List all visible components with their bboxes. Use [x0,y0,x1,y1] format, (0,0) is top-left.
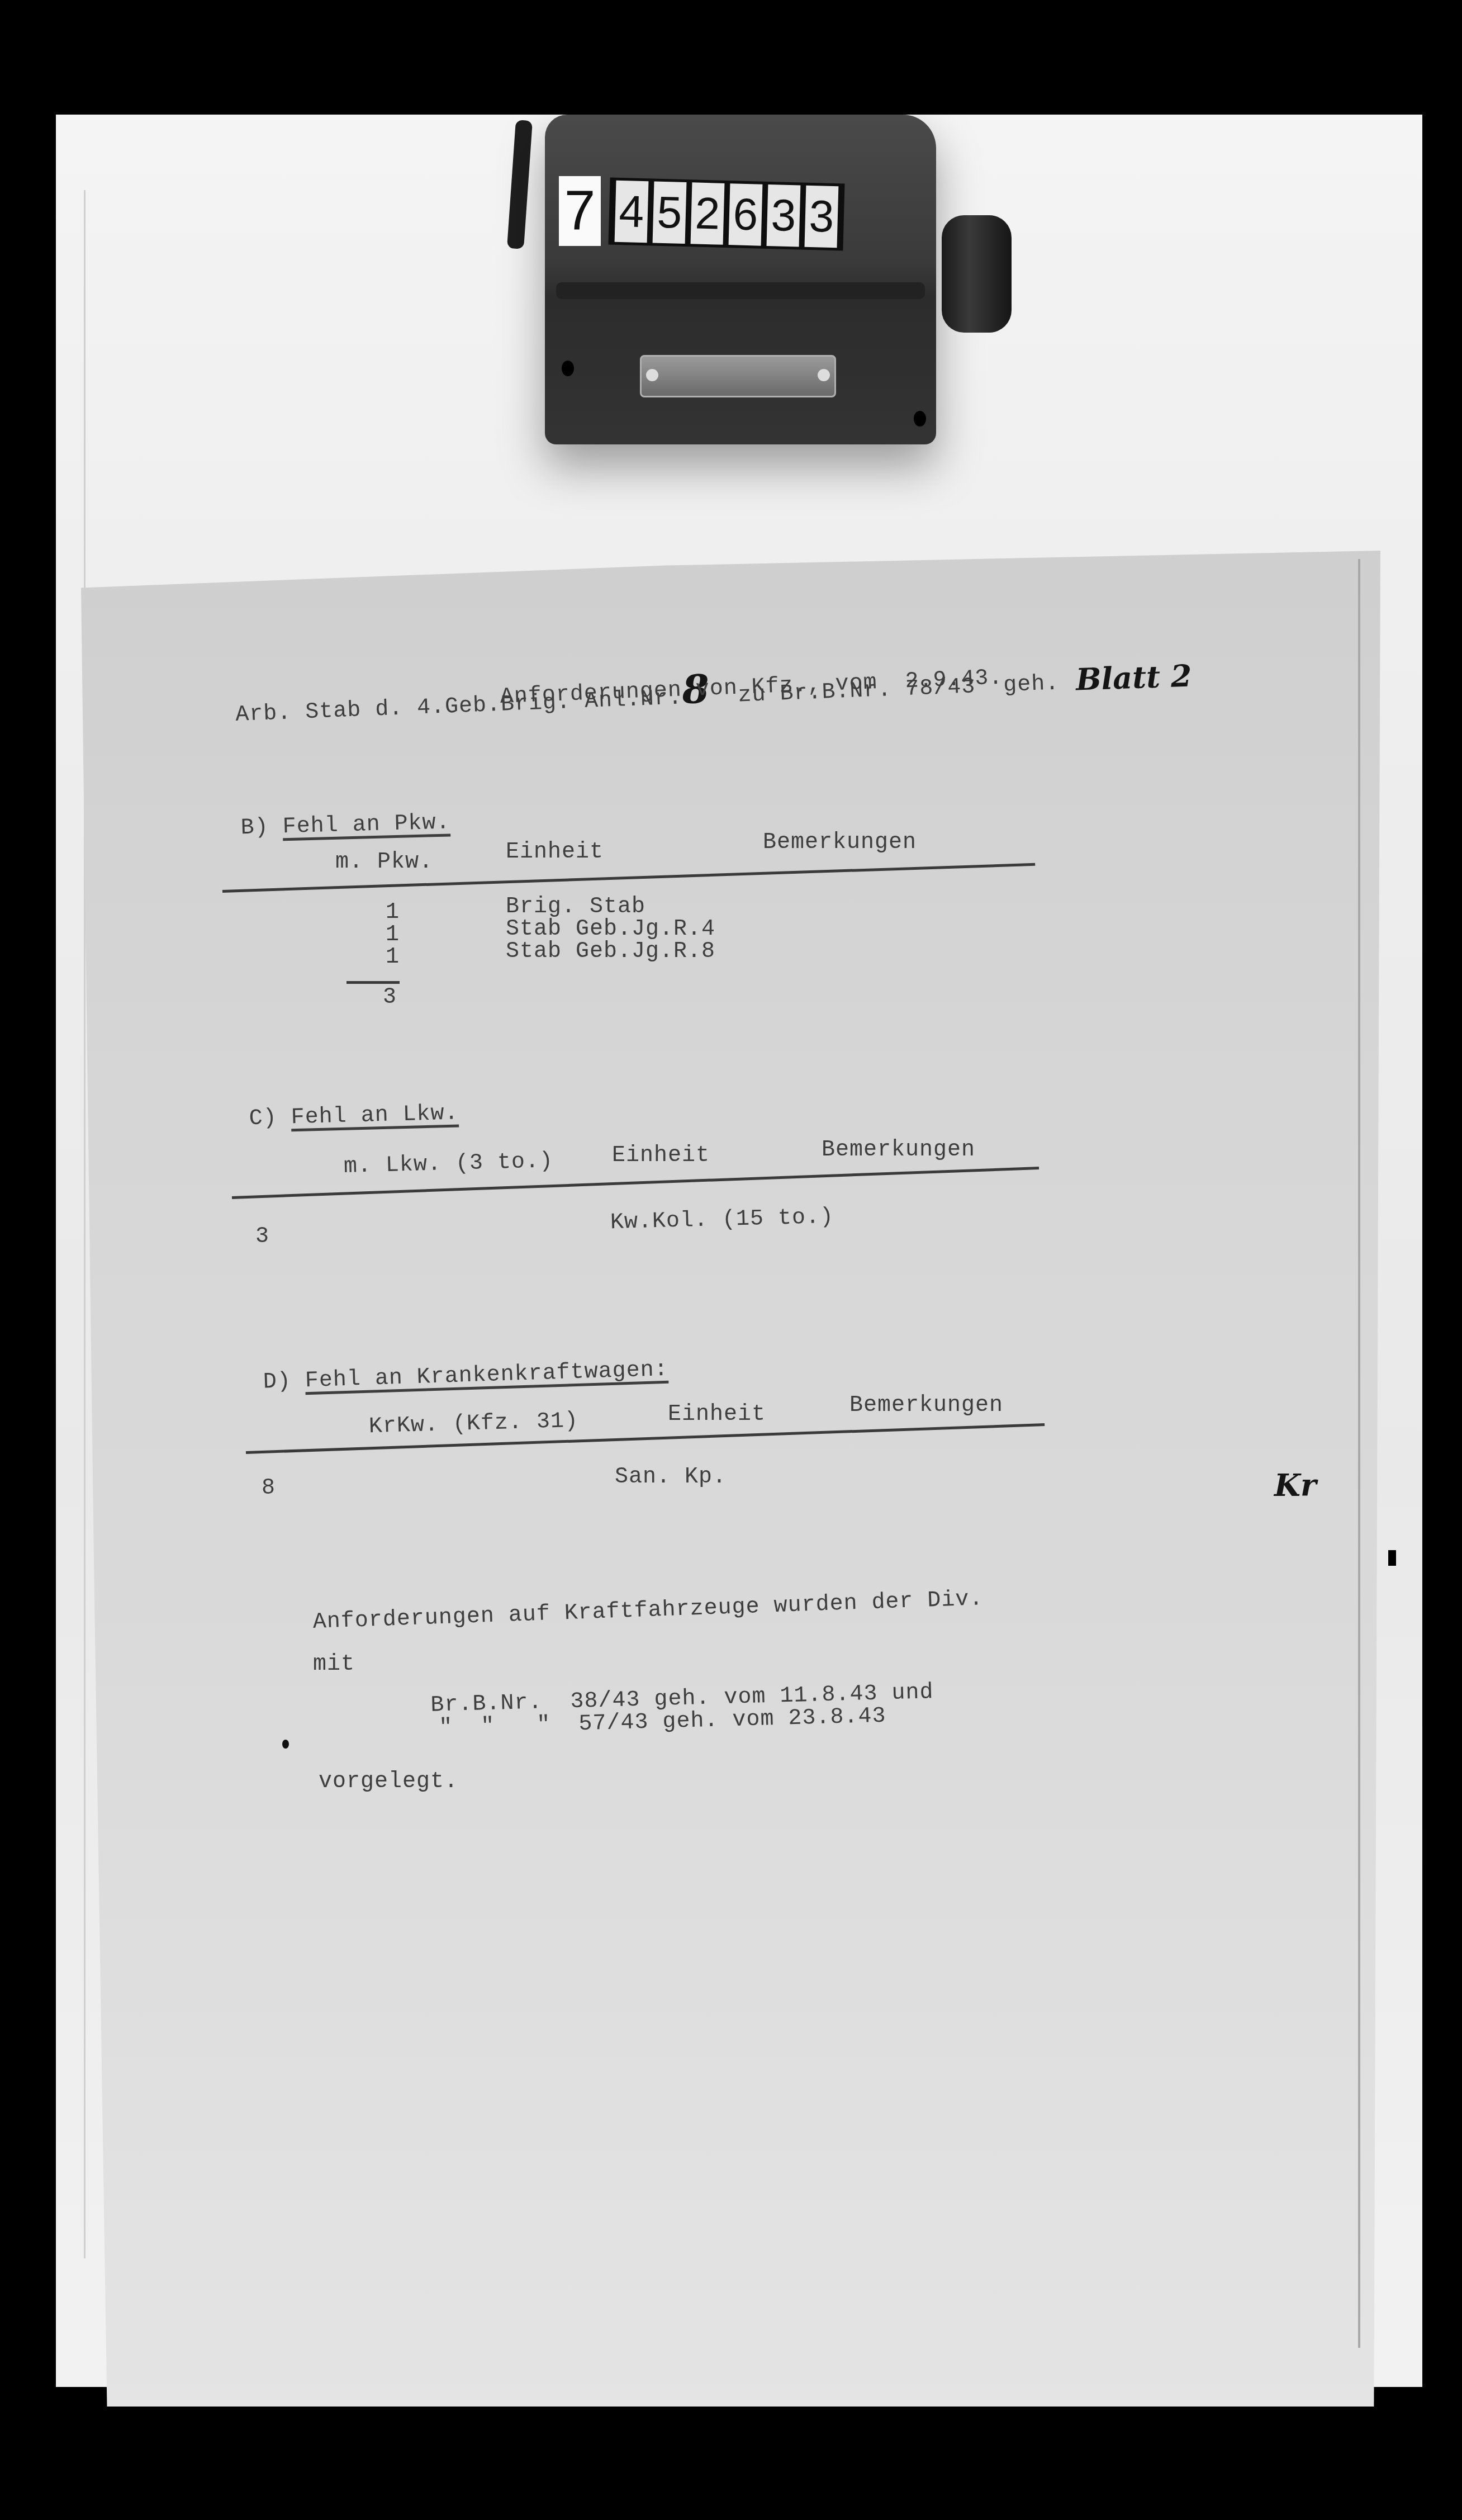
counter-knob [942,215,1012,333]
row-count: 1 [386,945,400,970]
counter-digit: 2 [691,182,725,244]
reference-label: " " " [439,1712,551,1740]
counter-digit: 5 [653,182,687,244]
col-header-unit: Einheit [612,1143,710,1168]
counter-digit: 3 [805,186,839,248]
board-edge [84,190,86,2258]
page-edge [1358,559,1360,2348]
section-letter: B) [240,815,269,841]
maker-plate [640,355,836,397]
edge-tab-mark [1388,1550,1396,1566]
col-header-remarks: Bemerkungen [763,830,917,855]
row-count: 1 [386,922,400,948]
col-header-remarks: Bemerkungen [822,1138,975,1163]
counter-digit: 4 [615,181,649,243]
row-unit: San. Kp. [615,1465,727,1490]
sum-rule [346,981,400,984]
frame-label: 7 [559,176,601,246]
section-title: Fehl an Lkw. [291,1101,459,1130]
ink-dot [282,1740,289,1749]
initials-handwritten: Kr [1274,1467,1316,1503]
section-b-heading: B) Fehl an Pkw. [212,785,450,841]
counter-digit: 3 [767,184,801,247]
section-c-heading: C) Fehl an Lkw. [220,1076,459,1132]
row-unit: Brig. Stab [506,894,645,920]
row-unit: Stab Geb.Jg.R.8 [506,939,715,964]
section-letter: C) [249,1106,277,1131]
col-header-count: m. Pkw. [335,850,433,875]
section-title: Fehl an Pkw. [282,810,450,840]
col-header-remarks: Bemerkungen [849,1393,1003,1418]
row-count: 3 [255,1224,269,1249]
counter-digit: 6 [729,183,763,245]
frame-counter-device: 7 4 5 2 6 3 3 [511,115,1031,456]
section-total: 3 [383,985,397,1010]
row-count: 8 [262,1476,276,1501]
closing-line-2: mit [313,1652,355,1677]
col-header-unit: Einheit [506,840,604,865]
screw-hole [914,411,926,427]
row-unit: Stab Geb.Jg.R.4 [506,917,715,942]
row-count: 1 [386,900,400,925]
sheet-number-handwritten: Blatt 2 [1075,657,1193,697]
closing-final: vorgelegt. [319,1769,458,1794]
counter-digits: 4 5 2 6 3 3 [609,178,845,251]
counter-shelf [556,282,925,299]
col-header-unit: Einheit [668,1402,766,1427]
screw-hole [562,361,574,376]
section-letter: D) [263,1369,291,1395]
